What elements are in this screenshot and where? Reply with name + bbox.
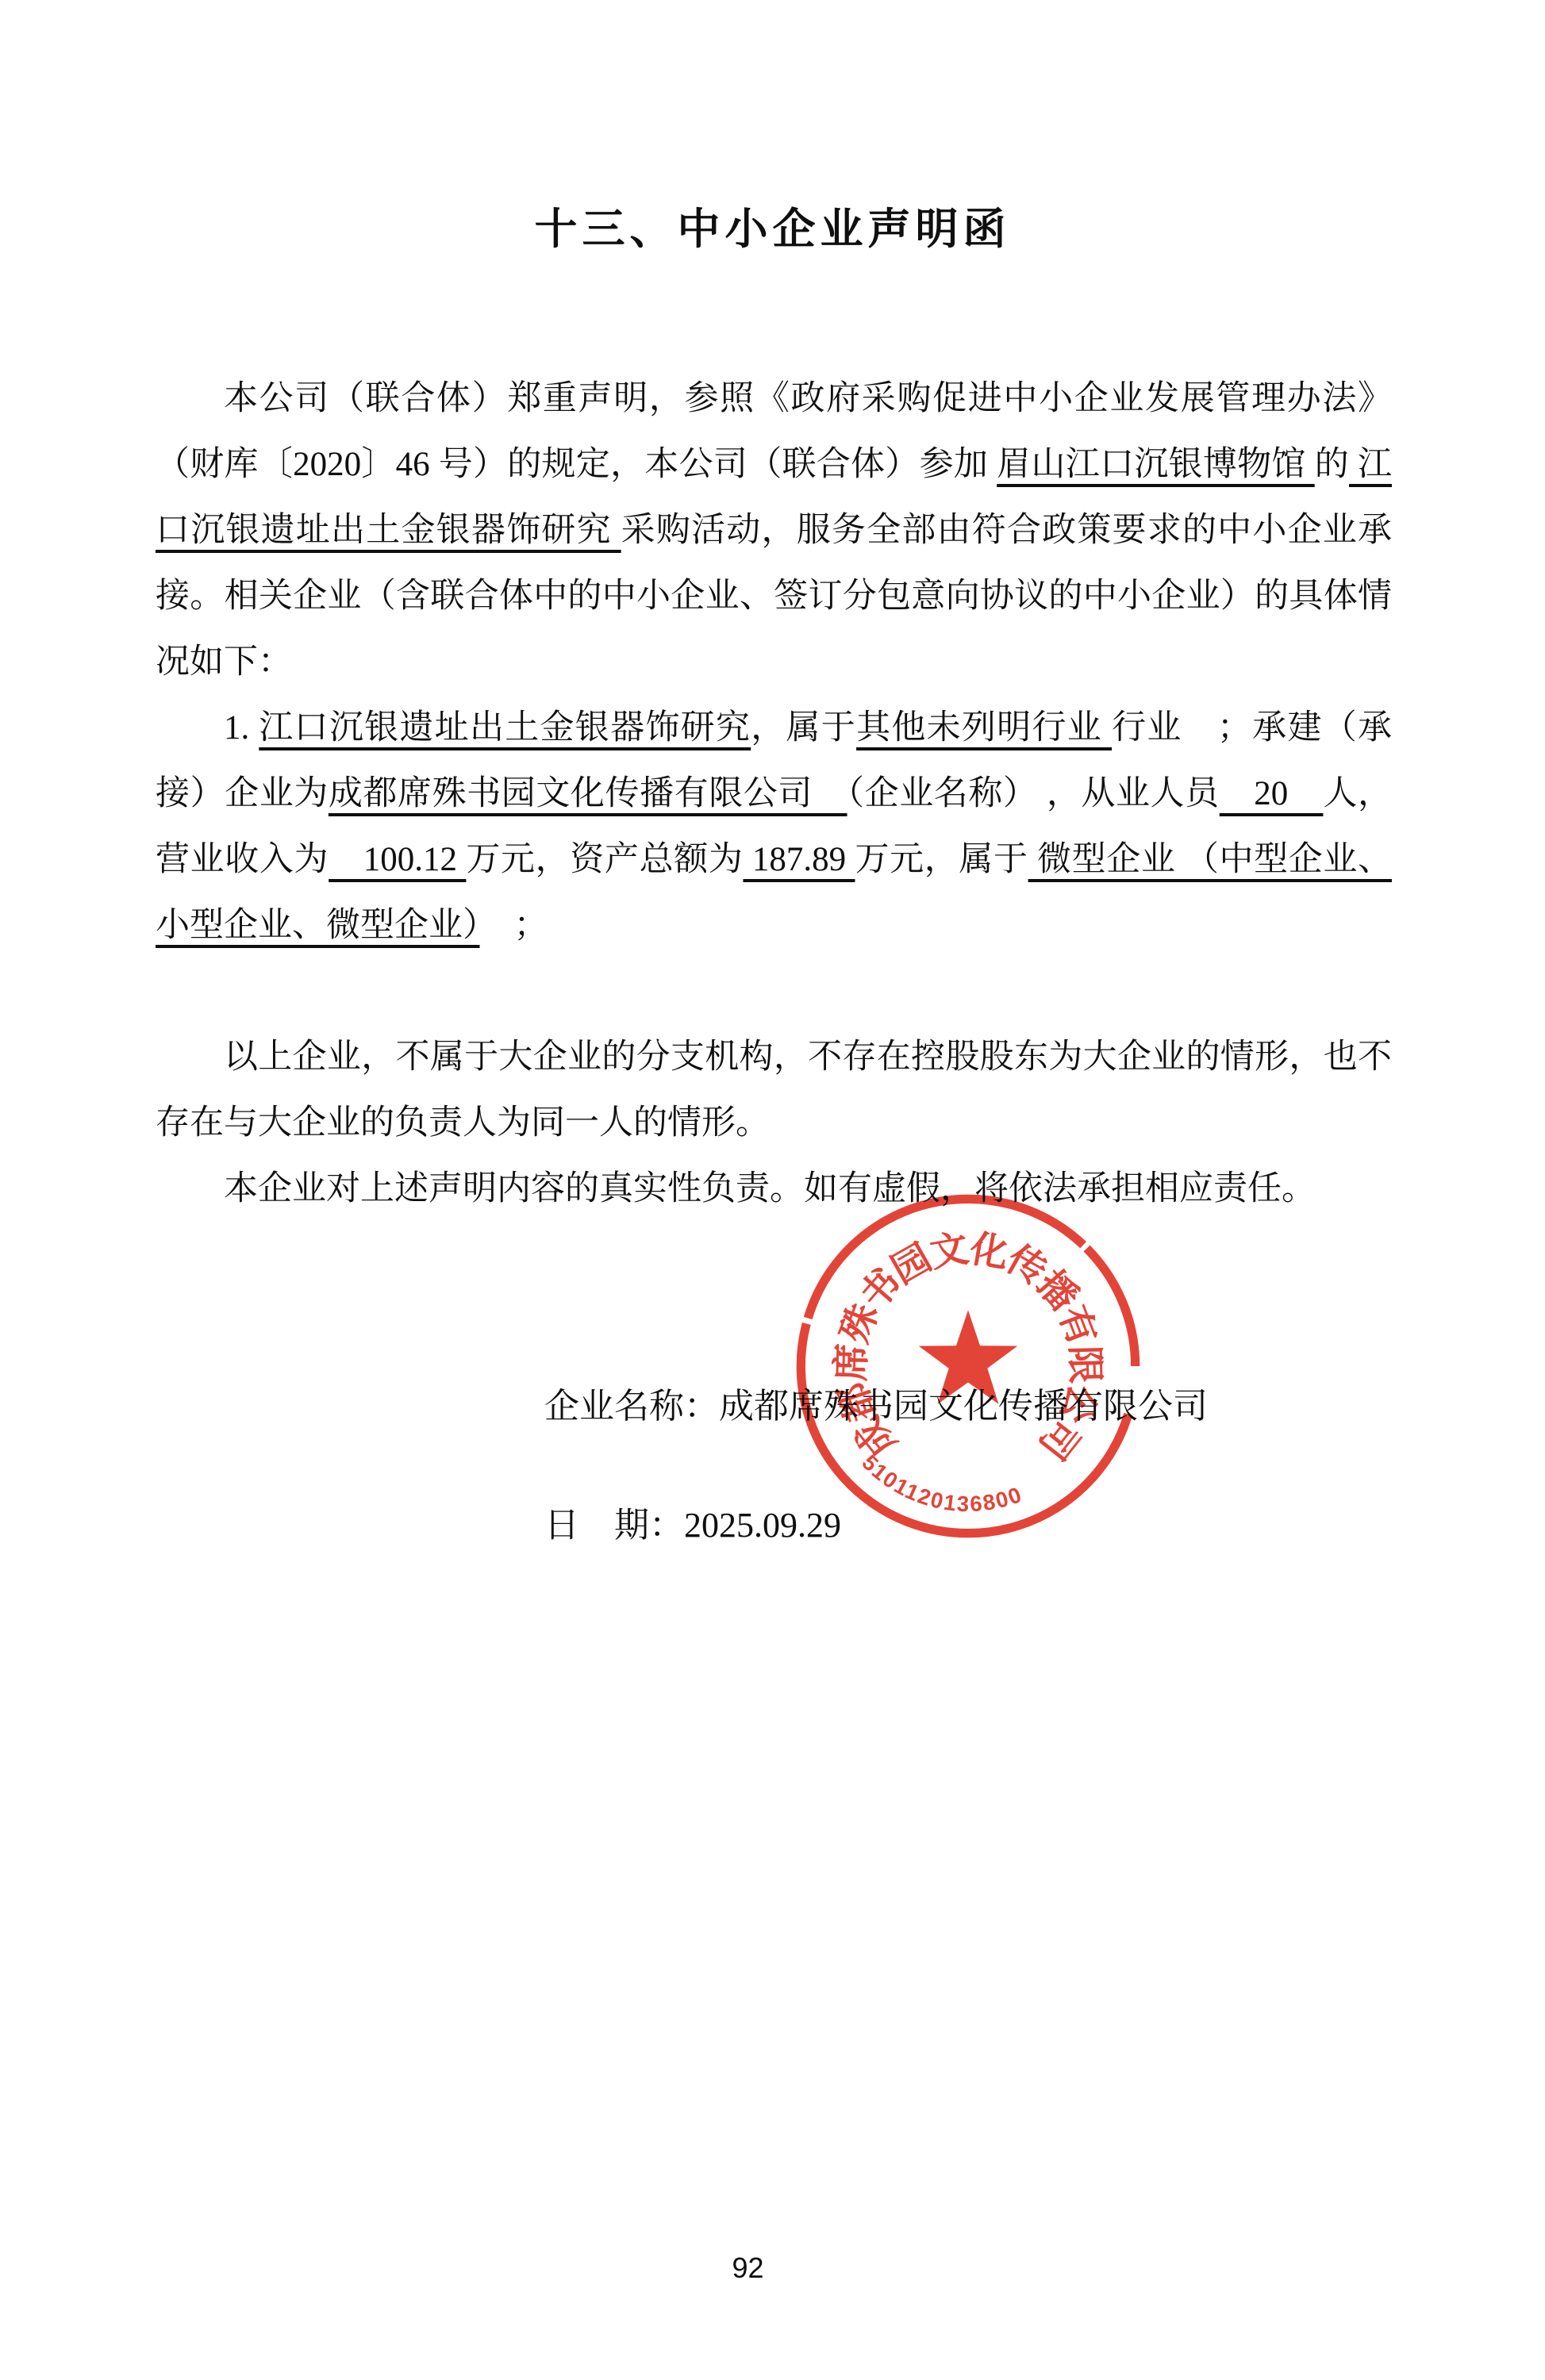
- underlined-field-industry: 其他未列明行业: [856, 709, 1112, 747]
- text-segment: ；: [480, 907, 548, 944]
- text-segment: ，属于: [751, 709, 856, 747]
- seal-ring: [801, 1199, 1135, 1533]
- seal-number-text: 5101120136800: [857, 1450, 1026, 1517]
- underlined-field-purchaser: 眉山江口沉银博物馆: [997, 446, 1315, 483]
- document-page: 十三、中小企业声明函 本公司（联合体）郑重声明，参照《政府采购促进中小企业发展管…: [0, 0, 1545, 2380]
- paragraph-responsibility: 本企业对上述声明内容的真实性负责。如有虚假，将依法承担相应责任。: [156, 1156, 1392, 1222]
- text-segment: 万元，资产总额为: [466, 841, 743, 878]
- company-seal: 成都席殊书园文化传播有限公司 5101120136800: [790, 1188, 1147, 1545]
- paragraph-item-1: 1. 江口沉银遗址出土金银器饰研究，属于其他未列明行业 行业 ；承建（承接）企业…: [156, 695, 1392, 958]
- document-title: 十三、中小企业声明函: [0, 195, 1545, 256]
- text-segment: 1.: [224, 709, 259, 747]
- page-number: 92: [0, 2251, 1496, 2285]
- company-name-line: 企业名称：成都席殊书园文化传播有限公司: [544, 1377, 1208, 1428]
- date-line: 日 期：2025.09.29: [544, 1496, 841, 1547]
- underlined-field-assets: 187.89: [743, 841, 855, 878]
- text-segment: （企业名称） ，从业人员: [847, 775, 1220, 812]
- paragraph-no-affiliation: 以上企业，不属于大企业的分支机构，不存在控股股东为大企业的情形，也不存在与大企业…: [156, 1024, 1392, 1156]
- underlined-field-company: 成都席殊书园文化传播有限公司: [329, 775, 847, 812]
- document-body: 本公司（联合体）郑重声明，参照《政府采购促进中小企业发展管理办法》（财库〔202…: [156, 366, 1392, 1222]
- underlined-field-employees: 20: [1220, 775, 1324, 812]
- underlined-field-revenue: 100.12: [329, 841, 466, 878]
- text-segment: 万元，属于: [855, 841, 1028, 878]
- paragraph-declaration: 本公司（联合体）郑重声明，参照《政府采购促进中小企业发展管理办法》（财库〔202…: [156, 366, 1392, 695]
- text-segment: 的: [1315, 446, 1349, 483]
- company-seal-svg: 成都席殊书园文化传播有限公司 5101120136800: [790, 1188, 1147, 1545]
- seal-company-text: 成都席殊书园文化传播有限公司: [830, 1226, 1107, 1466]
- underlined-field-contract-name: 江口沉银遗址出土金银器饰研究: [259, 709, 751, 747]
